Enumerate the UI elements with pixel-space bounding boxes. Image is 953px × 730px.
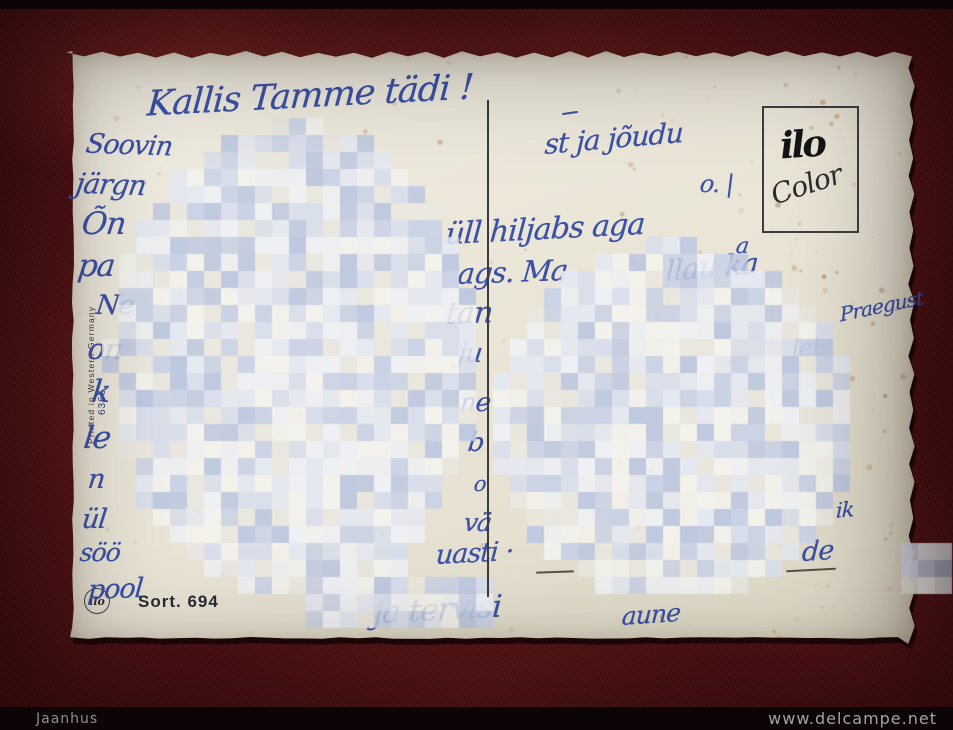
handwriting-fragment: uasti · [435,536,515,571]
handwriting-fragment: b [466,428,485,458]
handwriting-fragment: Õn [80,206,128,242]
watermark-delcampe: www.delcampe.net [768,709,937,728]
ilo-logo: ilo [779,121,826,168]
handwriting-fragment: Soovin [84,129,175,163]
top-black-strip [0,0,953,9]
handwriting-fragment: ags. Ma [456,253,569,291]
handwriting-fragment: on [86,332,124,366]
handwriting-fragment: aune [621,598,681,631]
handwriting-fragment: pa [76,248,117,284]
handwriting-fragment: lei [792,333,819,364]
handwriting-fragment: le [82,420,113,456]
stamp-box: ilo Color [762,106,859,233]
sort-number: Sort. 694 [138,592,219,612]
handwriting-fragment: ül [80,504,108,535]
handwriting-fragment: o [473,472,488,496]
handwriting-fragment: ik [836,497,854,522]
handwriting-fragment: pool [87,573,144,606]
watermark-seller: Jaanhus [36,711,98,727]
handwriting-fragment: järgn [74,167,149,202]
handwriting-fragment: de [801,535,834,568]
handwriting-fragment: o. | [698,170,735,198]
handwriting-fragment: ja tervisi [372,589,502,632]
address-divider-line [487,100,489,597]
photo-of-postcard: { "image_type": "photograph of the handw… [0,0,953,730]
handwriting-fragment: söö [78,538,121,567]
handwriting-fragment: Ne [94,290,135,321]
handwriting-fragment: ju [456,338,484,369]
